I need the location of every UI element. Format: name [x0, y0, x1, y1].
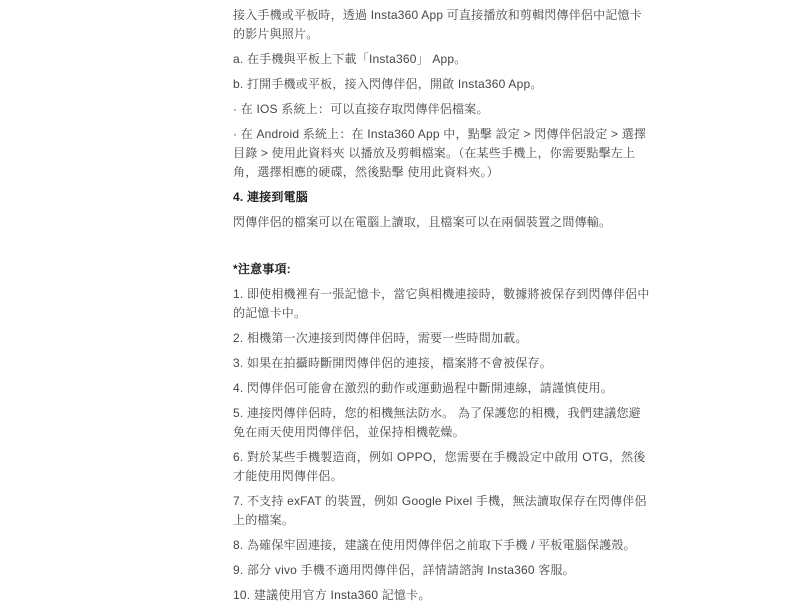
article-content: 接入手機或平板時，透過 Insta360 App 可直接播放和剪輯閃傳伴侶中記憶… [233, 6, 652, 602]
article-paragraph: 10. 建議使用官方 Insta360 記憶卡。 [233, 586, 652, 602]
article-paragraph: 閃傳伴侶的檔案可以在電腦上讀取，且檔案可以在兩個裝置之間傳輸。 [233, 213, 652, 232]
article-paragraph: 1. 即使相機裡有一張記憶卡，當它與相機連接時，數據將被保存到閃傳伴侶中的記憶卡… [233, 285, 652, 323]
article-paragraph: 接入手機或平板時，透過 Insta360 App 可直接播放和剪輯閃傳伴侶中記憶… [233, 6, 652, 44]
section-heading: *注意事項: [233, 260, 652, 279]
article-paragraph: 6. 對於某些手機製造商，例如 OPPO，您需要在手機設定中啟用 OTG，然後才… [233, 448, 652, 486]
article-paragraph: 9. 部分 vivo 手機不適用閃傳伴侶，詳情請諮詢 Insta360 客服。 [233, 561, 652, 580]
article-paragraph: 3. 如果在拍攝時斷開閃傳伴侶的連接，檔案將不會被保存。 [233, 354, 652, 373]
article-paragraph: · 在 IOS 系統上：可以直接存取閃傳伴侶檔案。 [233, 100, 652, 119]
article-paragraph: 2. 相機第一次連接到閃傳伴侶時，需要一些時間加載。 [233, 329, 652, 348]
article-paragraph: 4. 閃傳伴侶可能會在激烈的動作或運動過程中斷開連線，請謹慎使用。 [233, 379, 652, 398]
article-paragraph: · 在 Android 系統上：在 Insta360 App 中，點擊 設定 >… [233, 125, 652, 182]
article-paragraph: b. 打開手機或平板，接入閃傳伴侶，開啟 Insta360 App。 [233, 75, 652, 94]
article-paragraph: 5. 連接閃傳伴侶時，您的相機無法防水。 為了保護您的相機，我們建議您避免在雨天… [233, 404, 652, 442]
article-paragraph: a. 在手機與平板上下載「Insta360」 App。 [233, 50, 652, 69]
article-paragraph: 8. 為確保牢固連接，建議在使用閃傳伴侶之前取下手機 / 平板電腦保護殼。 [233, 536, 652, 555]
section-heading: 4. 連接到電腦 [233, 188, 652, 207]
article-paragraph: 7. 不支持 exFAT 的裝置，例如 Google Pixel 手機，無法讀取… [233, 492, 652, 530]
